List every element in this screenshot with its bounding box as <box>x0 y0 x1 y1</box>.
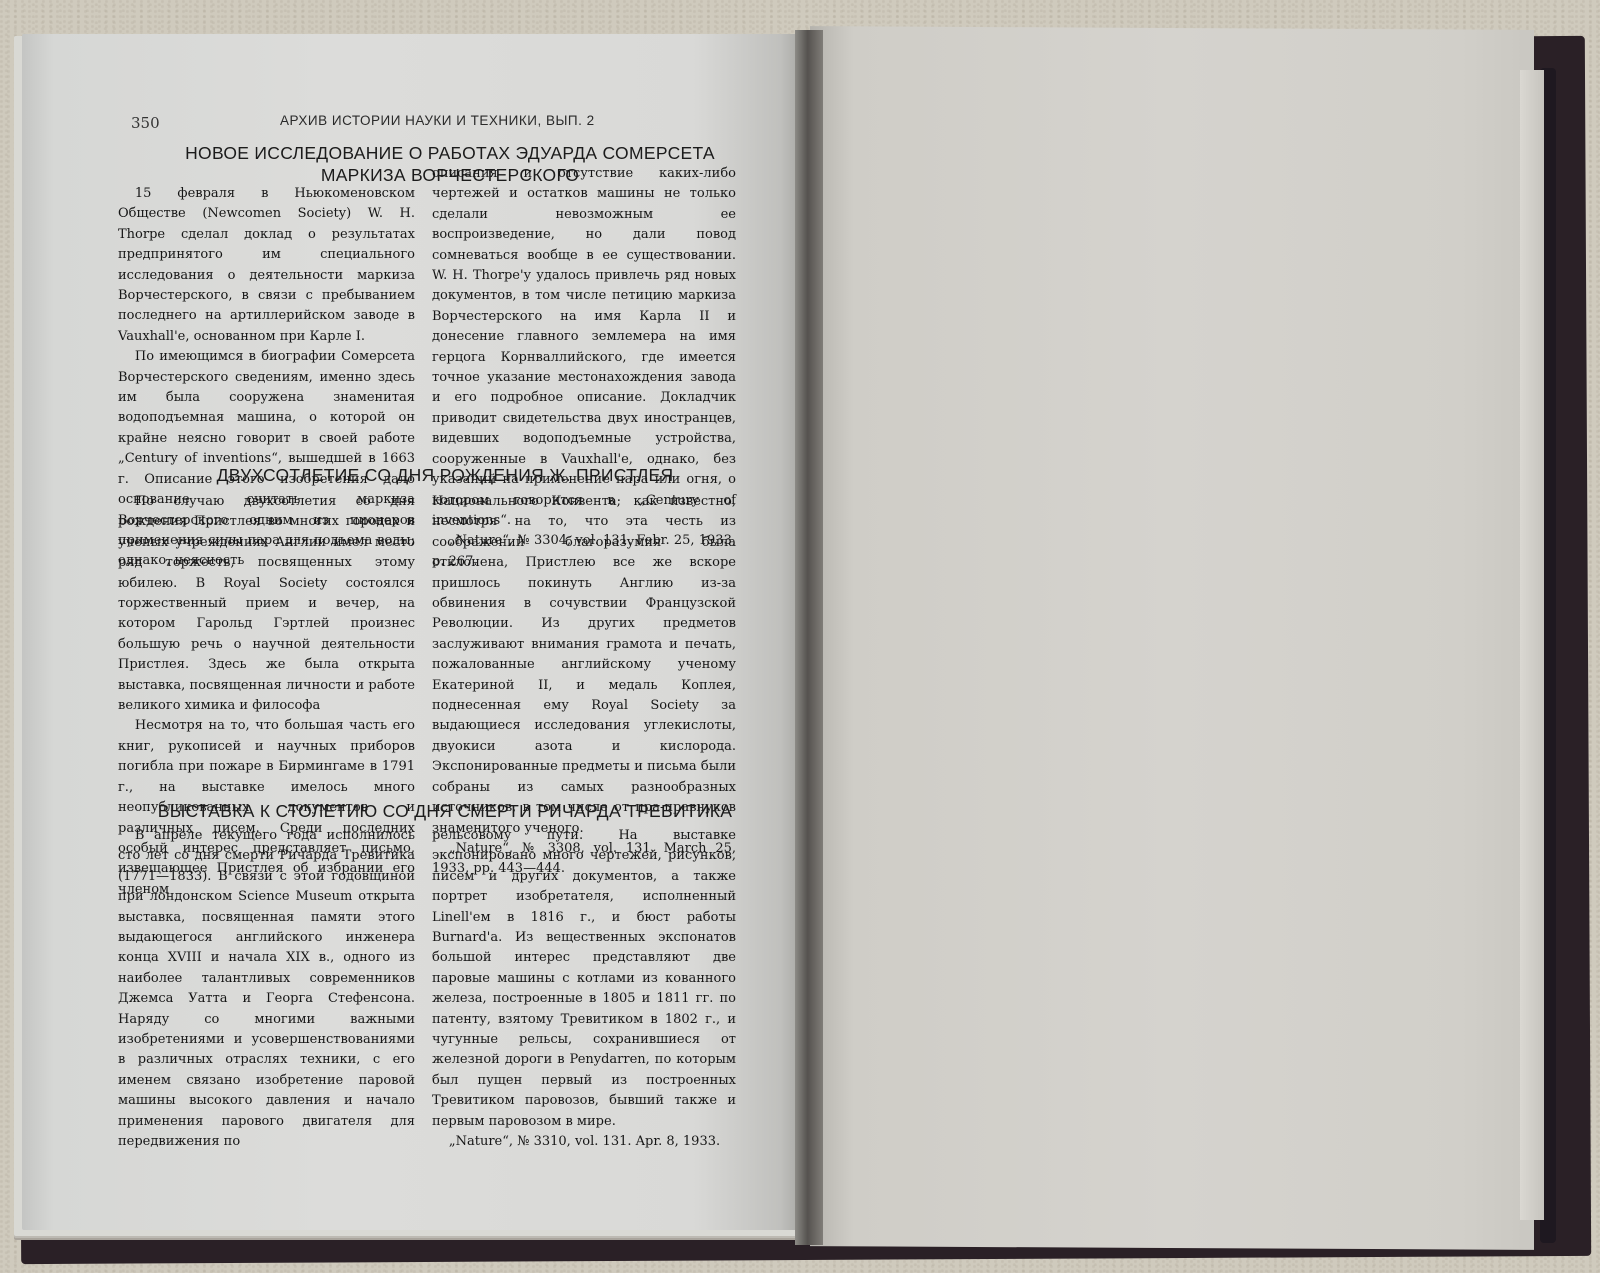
article-3-title: ВЫСТАВКА К СТОЛЕТИЮ СО ДНЯ СМЕРТИ РИЧАРД… <box>130 800 760 822</box>
article-3-column-1: В апреле текущего года исполнилось сто л… <box>118 826 415 1153</box>
page-number: 350 <box>131 114 160 132</box>
article-2-title: ДВУХСОТЛЕТИЕ СО ДНЯ РОЖДЕНИЯ Ж. ПРИСТЛЕЯ <box>150 464 740 486</box>
paragraph: По случаю двухсотлетия со дня рождения П… <box>118 492 415 716</box>
article-3-column-2: рельсовому пути. На выставке экспонирова… <box>432 826 736 1153</box>
paragraph: 15 февраля в Ньюкоменовском Обществе (Ne… <box>118 184 415 347</box>
running-head: АРХИВ ИСТОРИИ НАУКИ И ТЕХНИКИ, ВЫП. 2 <box>280 113 595 128</box>
left-page-content: 350 АРХИВ ИСТОРИИ НАУКИ И ТЕХНИКИ, ВЫП. … <box>0 0 1600 1273</box>
paragraph: Национального Конвента; как известно, не… <box>432 492 736 839</box>
paragraph: рельсовому пути. На выставке экспонирова… <box>432 826 736 1132</box>
article-1-title-line1: НОВОЕ ИССЛЕДОВАНИЕ О РАБОТАХ ЭДУАРДА СОМ… <box>160 142 740 164</box>
paragraph: В апреле текущего года исполнилось сто л… <box>118 826 415 1153</box>
citation: „Nature“, № 3310, vol. 131. Apr. 8, 1933… <box>432 1132 736 1152</box>
